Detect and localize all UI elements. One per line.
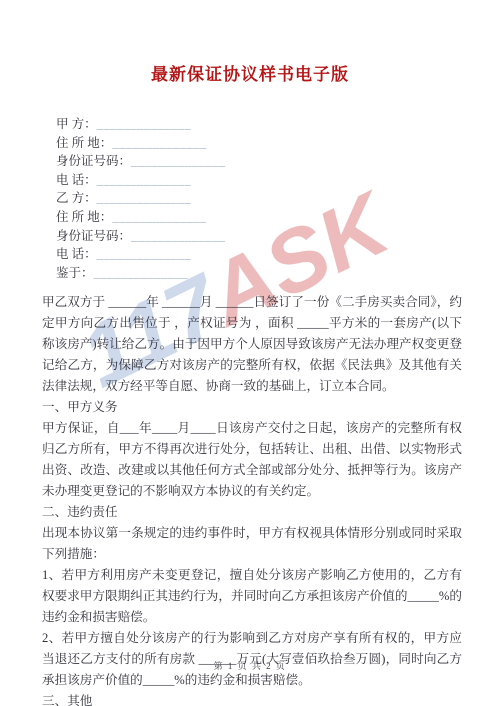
field-row-id-number-2: 身份证号码：______________ (56, 227, 462, 246)
page-number-footer: 第 1 页 共 2 页 (0, 659, 500, 672)
field-label: 鉴于： (56, 266, 94, 280)
field-blank-line: ______________ (97, 173, 192, 187)
contract-body: 甲乙双方于 ______年 ______月 ______日签订了一份《二手房买卖… (42, 292, 462, 706)
field-row-address-1: 住 所 地：______________ (56, 134, 462, 153)
field-blank-line: ______________ (112, 210, 207, 224)
field-label: 乙 方： (56, 191, 97, 205)
field-row-jiafang: 甲 方：______________ (56, 115, 462, 134)
field-blank-line: ______________ (97, 247, 192, 261)
field-row-phone-2: 电 话：______________ (56, 245, 462, 264)
party-fields-block: 甲 方：______________ 住 所 地：______________ … (56, 115, 462, 282)
field-row-whereas: 鉴于：______________ (56, 264, 462, 283)
field-blank-line: ______________ (131, 154, 226, 168)
field-label: 甲 方： (56, 117, 97, 131)
field-row-phone-1: 电 话：______________ (56, 171, 462, 190)
field-label: 住 所 地： (56, 210, 112, 224)
paragraph-obligations: 甲方保证，自___年____月____日该房产交付之日起，该房产的完整所有权归乙… (42, 418, 462, 502)
field-label: 住 所 地： (56, 136, 112, 150)
paragraph-breach-intro: 出现本协议第一条规定的违约事件时，甲方有权视具体情形分别或同时采取下列措施： (42, 523, 462, 565)
field-row-yifang: 乙 方：______________ (56, 189, 462, 208)
section-heading-3: 三、其他 (42, 691, 462, 706)
field-row-address-2: 住 所 地：______________ (56, 208, 462, 227)
document-title: 最新保证协议样书电子版 (0, 0, 500, 85)
document-page: 117ASK 最新保证协议样书电子版 甲 方：______________ 住 … (0, 0, 500, 706)
section-heading-2: 二、违约责任 (42, 502, 462, 523)
field-blank-line: ______________ (97, 191, 192, 205)
paragraph-preamble: 甲乙双方于 ______年 ______月 ______日签订了一份《二手房买卖… (42, 292, 462, 397)
field-blank-line: ______________ (94, 266, 189, 280)
field-blank-line: ______________ (97, 117, 192, 131)
field-label: 电 话： (56, 247, 97, 261)
field-label: 身份证号码： (56, 229, 131, 243)
section-heading-1: 一、甲方义务 (42, 397, 462, 418)
field-blank-line: ______________ (112, 136, 207, 150)
document-content: 最新保证协议样书电子版 甲 方：______________ 住 所 地：___… (0, 0, 500, 706)
field-label: 电 话： (56, 173, 97, 187)
paragraph-breach-item-1: 1、若甲方利用房产未变更登记，擅自处分该房产影响乙方使用的，乙方有权要求甲方限期… (42, 565, 462, 628)
field-label: 身份证号码： (56, 154, 131, 168)
field-blank-line: ______________ (131, 229, 226, 243)
field-row-id-number-1: 身份证号码：______________ (56, 152, 462, 171)
